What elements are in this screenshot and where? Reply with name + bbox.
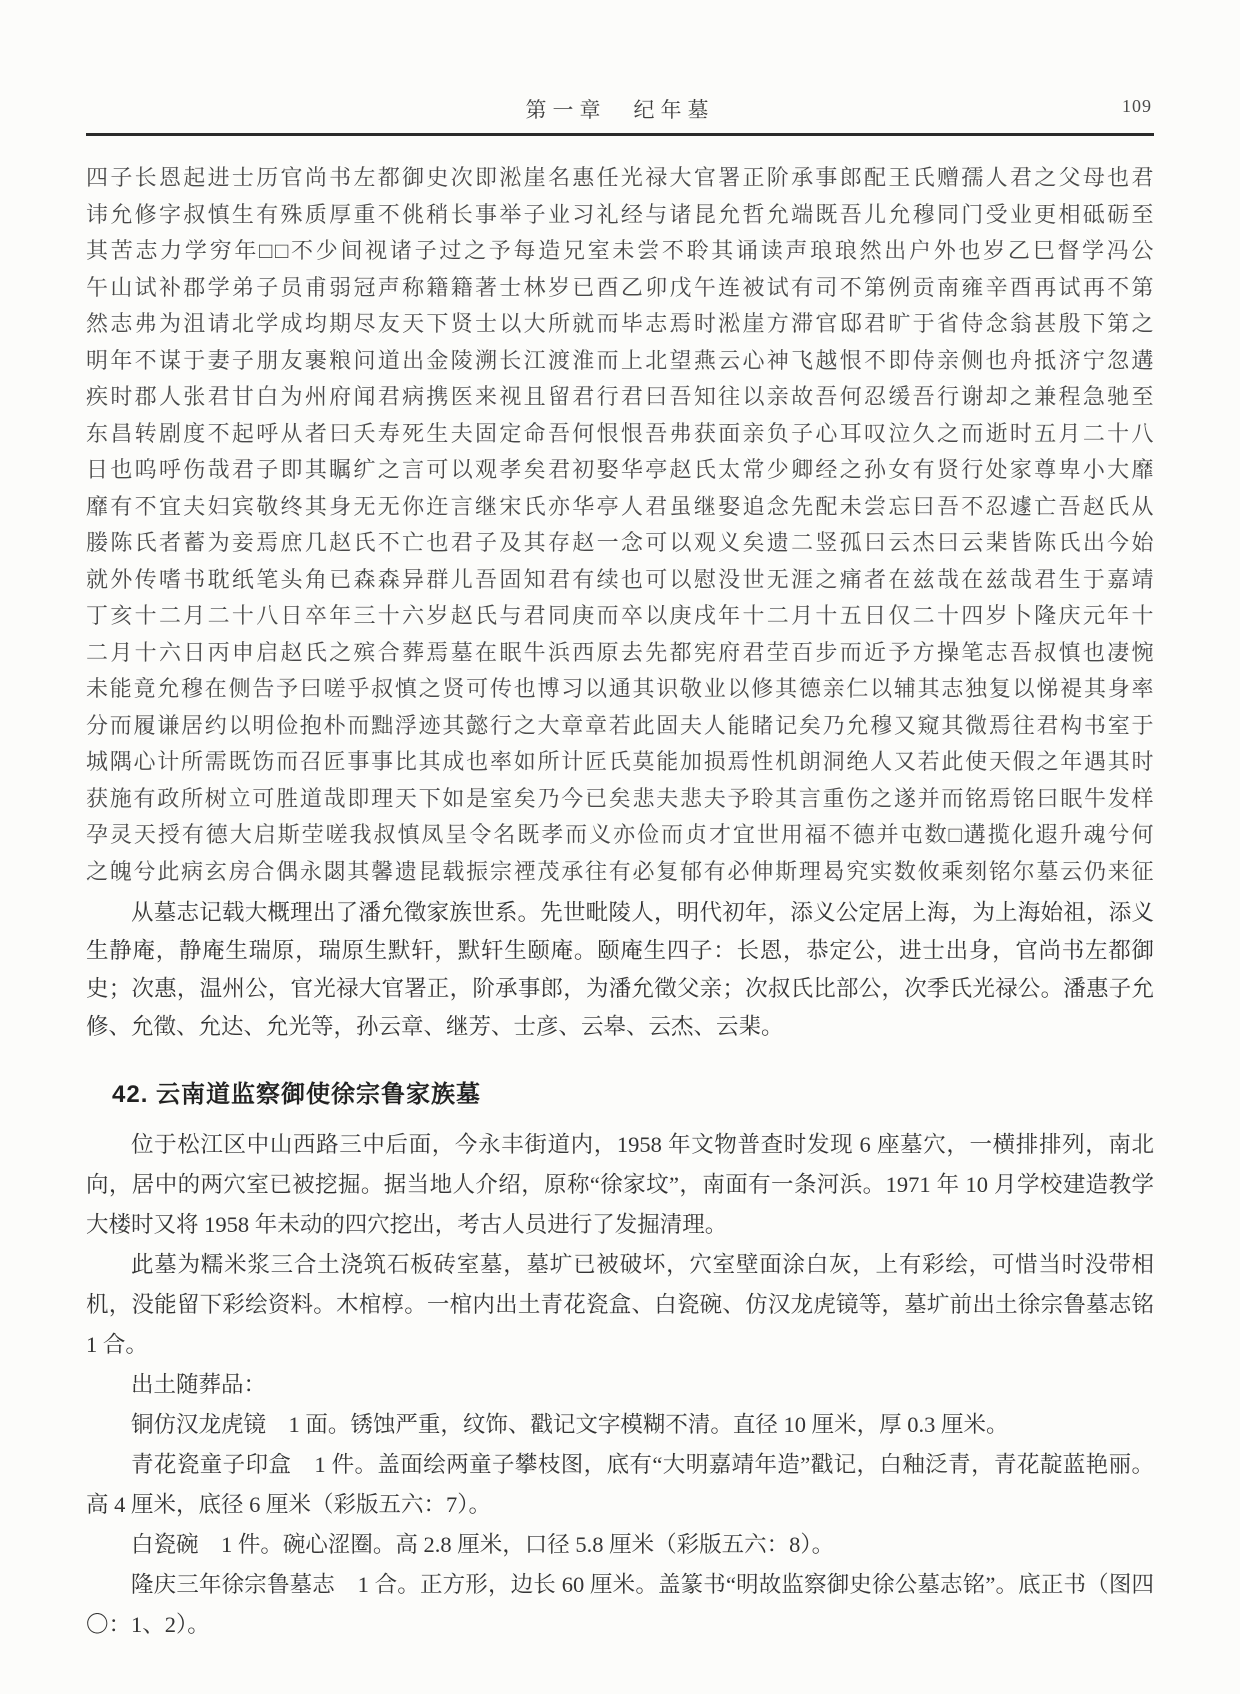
epitaph-line: 然志弗为沮请北学成均期尽友天下贤士以大所就而毕志焉时淞崖方滞官邸君旷于省侍念翁甚… [86,306,1154,343]
page-header: 第一章 纪年墓 109 [86,0,1154,136]
section-paragraph: 位于松江区中山西路三中后面，今永丰街道内，1958 年文物普查时发现 6 座墓穴… [86,1125,1154,1245]
family-lineage-paragraph: 从墓志记载大概理出了潘允徵家族世系。先世毗陵人，明代初年，添义公定居上海，为上海… [86,894,1154,1046]
epitaph-line: 日也呜呼伤哉君子即其瞩纩之言可以观孝矣君初娶华亭赵氏太常少卿经之孙女有贤行处家尊… [86,452,1154,489]
epitaph-line: 靡有不宜夫妇宾敬终其身无无你迕言继宋氏亦华亭人君虽继娶追念先配未尝忘曰吾不忍遽亡… [86,489,1154,526]
epitaph-line: 未能竟允穆在侧告予曰嗟乎叔慎之贤可传也博习以通其识敬业以修其德亲仁以辅其志独复以… [86,671,1154,708]
epitaph-line: 疾时郡人张君甘白为州府闻君病携医来视且留君行君曰吾知往以亲故吾何忍缓吾行谢却之兼… [86,379,1154,416]
section-paragraph: 出土随葬品： [86,1365,1154,1405]
chapter-title: 第一章 纪年墓 [526,98,715,122]
epitaph-line: 四子长恩起进士历官尚书左都御史次即淞崖名惠任光禄大官署正阶承事郎配王氏赠孺人君之… [86,160,1154,197]
section-paragraph: 白瓷碗 1 件。碗心涩圈。高 2.8 厘米，口径 5.8 厘米（彩版五六：8）。 [86,1525,1154,1565]
header-rule [86,133,1154,136]
epitaph-line: 孕灵天授有德大启斯茔嗟我叔慎凤呈令名既孝而义亦俭而贞才宜世用福不德并屯数□遘揽化… [86,817,1154,854]
book-page: 第一章 纪年墓 109 四子长恩起进士历官尚书左都御史次即淞崖名惠任光禄大官署正… [0,0,1240,1694]
epitaph-line: 城隅心计所需既饬而召匠事事比其成也率如所计匠氏莫能加损焉性机朗洞绝人又若此使天假… [86,744,1154,781]
section-paragraph: 隆庆三年徐宗鲁墓志 1 合。正方形，边长 60 厘米。盖篆书“明故监察御史徐公墓… [86,1565,1154,1645]
epitaph-line: 午山试补郡学弟子员甫弱冠声称籍籍著士林岁已酉乙卯戊午连被试有司不第例贡南雍辛酉再… [86,270,1154,307]
epitaph-line: 二月十六日丙申启赵氏之殡合葬焉墓在眠牛浜西原去先都宪府君茔百步而近予方操笔志吾叔… [86,635,1154,672]
epitaph-line: 其苦志力学穷年□□不少间视诸子过之予每造兄室未尝不聆其诵读声琅琅然出户外也岁乙巳… [86,233,1154,270]
epitaph-line: 东昌转剧度不起呼从者曰夭寿死生夫固定命吾何恨恨吾弗获面亲负子心耳叹泣久之而逝时五… [86,416,1154,453]
epitaph-line: 丁亥十二月二十八日卒年三十六岁赵氏与君同庚而卒以庚戌年十二月十五日仅二十四岁卜隆… [86,598,1154,635]
section-42-body: 位于松江区中山西路三中后面，今永丰街道内，1958 年文物普查时发现 6 座墓穴… [86,1125,1154,1645]
epitaph-line: 就外传嗜书耽纸笔头角已森森异群儿吾固知君有续也可以慰没世无涯之痛者在兹哉在兹哉君… [86,562,1154,599]
page-content: 第一章 纪年墓 109 四子长恩起进士历官尚书左都御史次即淞崖名惠任光禄大官署正… [0,0,1240,1645]
epitaph-line: 媵陈氏者蓄为妾焉庶几赵氏不亡也君子及其存赵一念可以观义矣遗二竖孤曰云杰曰云棐皆陈… [86,525,1154,562]
epitaph-line: 获施有政所树立可胜道哉即理天下如是室矣乃今已矣悲夫悲夫予聆其言重伤之遂并而铭焉铭… [86,781,1154,818]
epitaph-line: 明年不谋于妻子朋友裹粮问道出金陵溯长江渡淮而上北望燕云心神飞越恨不即侍亲侧也舟抵… [86,343,1154,380]
section-paragraph: 此墓为糯米浆三合土浇筑石板砖室墓，墓圹已被破坏，穴室壁面涂白灰，上有彩绘，可惜当… [86,1245,1154,1365]
section-heading-42: 42. 云南道监察御使徐宗鲁家族墓 [86,1074,1154,1109]
epitaph-line: 分而履谦居约以明俭抱朴而黜浮迹其懿行之大章章若此固夫人能睹记矣乃允穆又窥其微焉往… [86,708,1154,745]
section-paragraph: 铜仿汉龙虎镜 1 面。锈蚀严重，纹饰、戳记文字模糊不清。直径 10 厘米，厚 0… [86,1405,1154,1445]
epitaph-line: 之魄兮此病玄房合偶永閟其馨遗昆载振宗禋茂承往有必复郁有必伸斯理曷究实数攸乘刻铭尔… [86,854,1154,891]
epitaph-transcription-block: 四子长恩起进士历官尚书左都御史次即淞崖名惠任光禄大官署正阶承事郎配王氏赠孺人君之… [86,160,1154,890]
epitaph-line: 讳允修字叔慎生有殊质厚重不佻稍长事举子业习礼经与诸昆允哲允端既吾儿允穆同门受业更… [86,197,1154,234]
section-paragraph: 青花瓷童子印盒 1 件。盖面绘两童子攀枝图，底有“大明嘉靖年造”戳记，白釉泛青，… [86,1445,1154,1525]
page-number: 109 [1122,96,1152,117]
